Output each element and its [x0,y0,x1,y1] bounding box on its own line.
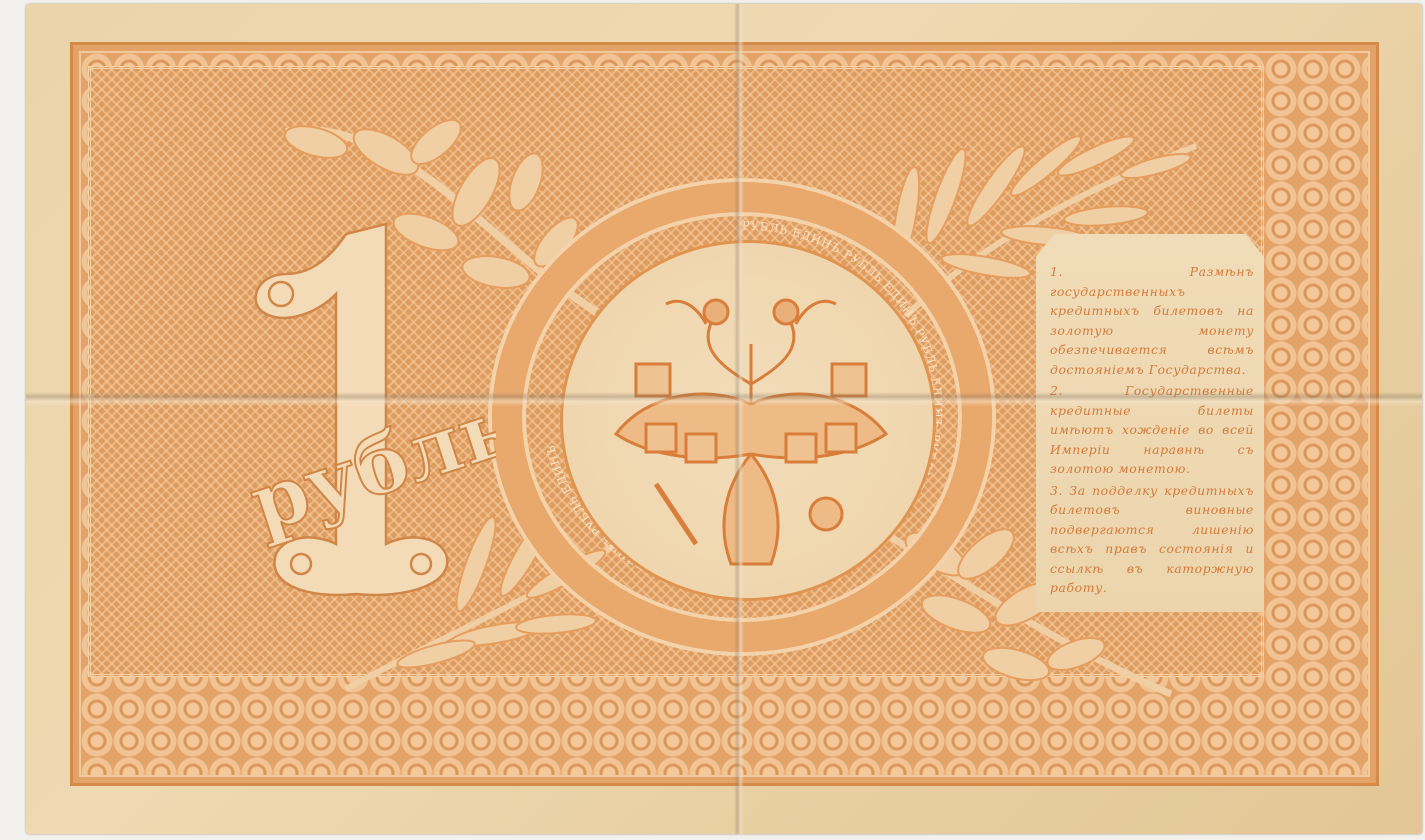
legal-paragraph-3: 3. За подделку кредитныхъ билетовъ винов… [1050,481,1254,598]
legal-text-cartouche: 1. Размѣнъ государственныхъ кредитныхъ б… [1036,234,1264,612]
double-headed-eagle-icon [606,284,896,584]
denomination-numeral: рубль [226,214,496,604]
vertical-fold-crease [734,4,744,834]
horizontal-fold-crease [26,392,1422,406]
legal-paragraph-1: 1. Размѣнъ государственныхъ кредитныхъ б… [1050,262,1254,379]
banknote: РУБЛЬ ЕДИНЪ РУБЛЬ ЕДИНЪ РУБЛЬ ЕДИНЪ РУБЛ… [26,4,1422,834]
